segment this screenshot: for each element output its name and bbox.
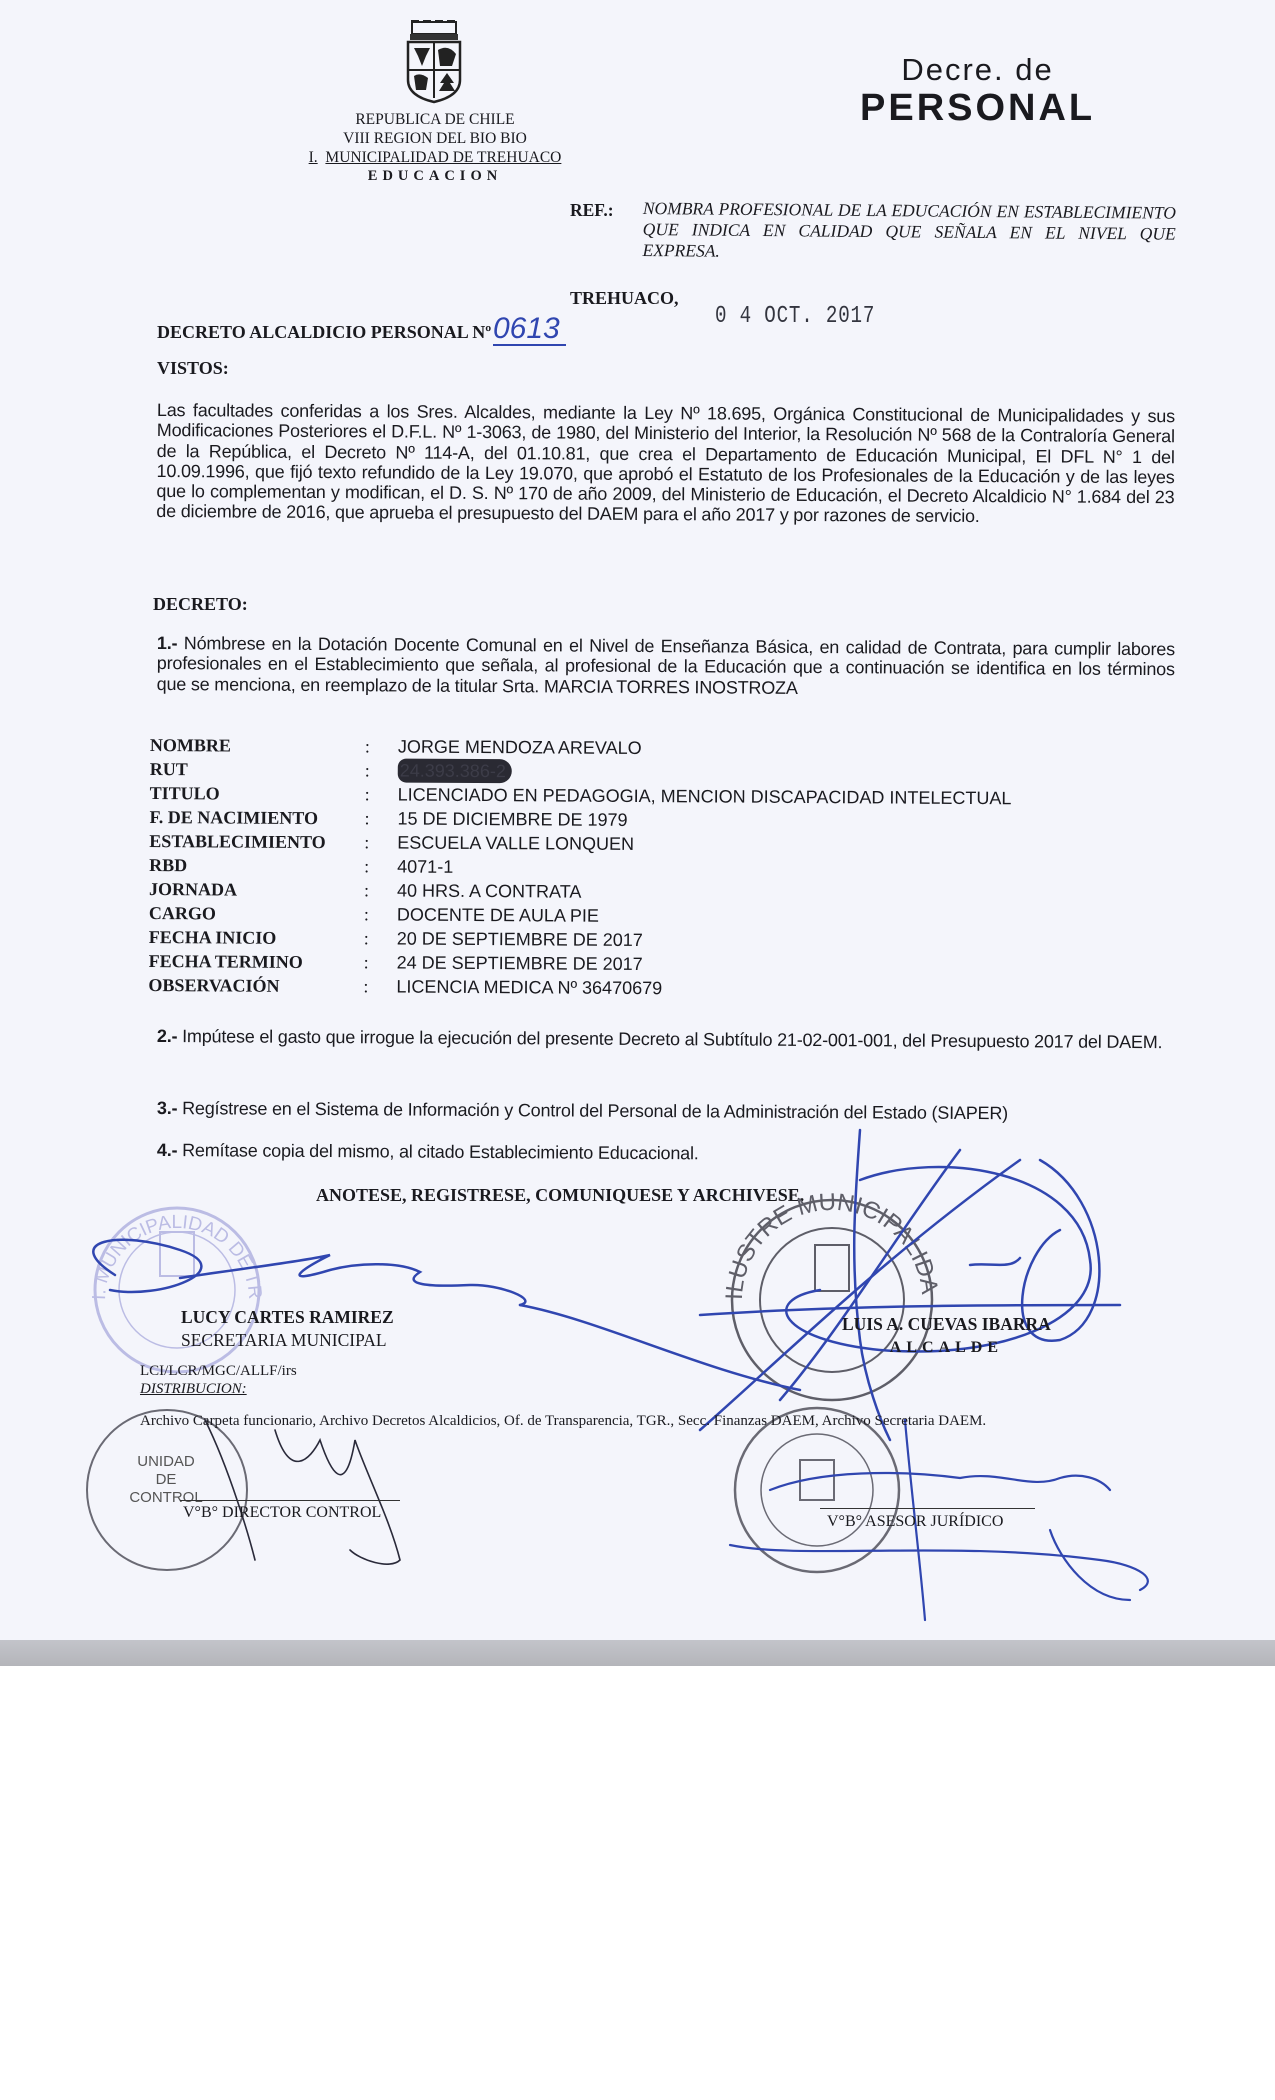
detail-value: 15 DE DICIEMBRE DE 1979 xyxy=(397,807,627,832)
item-number: 1.- xyxy=(157,633,178,653)
decree-number-label: DECRETO ALCALDICIO PERSONAL Nº xyxy=(157,322,491,343)
municipality-line: MUNICIPALIDAD DE TREHUACO xyxy=(325,149,561,166)
detail-label: TITULO xyxy=(150,781,365,806)
detail-value: DOCENTE DE AULA PIE xyxy=(397,903,599,928)
detail-value: 20 DE SEPTIEMBRE DE 2017 xyxy=(397,927,643,953)
detail-label: RBD xyxy=(149,853,364,878)
control-approval-label: V°B° DIRECTOR CONTROL xyxy=(183,1504,381,1522)
municipal-crest-icon xyxy=(402,20,466,104)
secretary-title: SECRETARIA MUNICIPAL xyxy=(181,1329,394,1352)
decree-number-handwritten: 0613 xyxy=(493,314,566,346)
detail-value: 40 HRS. A CONTRATA xyxy=(397,879,582,904)
legal-approval-label: V°B° ASESOR JURÍDICO xyxy=(827,1513,1003,1531)
detail-value: 24 DE SEPTIEMBRE DE 2017 xyxy=(397,951,643,977)
decree-item-1: 1.- Nómbrese en la Dotación Docente Comu… xyxy=(157,633,1175,700)
detail-label: NOMBRE xyxy=(150,733,365,758)
detail-separator: : xyxy=(365,734,398,758)
detail-label: OBSERVACIÓN xyxy=(148,973,363,998)
vistos-paragraph: Las facultades conferidas a los Sres. Al… xyxy=(156,400,1175,528)
vistos-heading: VISTOS: xyxy=(157,358,229,379)
item-number: 3.- xyxy=(157,1098,178,1118)
detail-separator: : xyxy=(364,902,397,926)
date-stamp: 0 4 OCT. 2017 xyxy=(715,303,875,330)
detail-separator: : xyxy=(364,950,397,974)
detail-separator: : xyxy=(364,878,397,902)
municipality-prefix: I. xyxy=(309,149,318,166)
detail-separator: : xyxy=(363,974,396,998)
legal-signature-line xyxy=(820,1508,1035,1509)
region-line: VIII REGION DEL BIO BIO xyxy=(270,129,600,148)
letterhead: REPUBLICA DE CHILE VIII REGION DEL BIO B… xyxy=(270,110,600,186)
personal-decree-stamp: Decre. de PERSONAL xyxy=(860,52,1095,128)
detail-separator: : xyxy=(364,926,397,950)
secretary-name: LUCY CARTES RAMIREZ xyxy=(181,1306,394,1329)
detail-label: CARGO xyxy=(149,901,364,926)
distribution-heading: DISTRIBUCION: xyxy=(140,1380,297,1398)
item-number: 2.- xyxy=(157,1026,178,1046)
detail-label: FECHA INICIO xyxy=(149,925,364,950)
secretary-signature-block: LUCY CARTES RAMIREZ SECRETARIA MUNICIPAL xyxy=(181,1306,394,1352)
detail-separator: : xyxy=(365,758,398,782)
reference-label: REF.: xyxy=(570,200,614,221)
mayor-name: LUIS A. CUEVAS IBARRA xyxy=(842,1313,1051,1336)
detail-separator: : xyxy=(364,806,397,830)
detail-value-redacted: 24.393.386-2 xyxy=(398,759,512,784)
stamp-line-1: Decre. de xyxy=(860,52,1095,88)
item-text: Remítase copia del mismo, al citado Esta… xyxy=(182,1140,699,1163)
detail-value: JORGE MENDOZA AREVALO xyxy=(398,735,642,760)
detail-separator: : xyxy=(364,854,397,878)
detail-label: JORNADA xyxy=(149,877,364,902)
stamp-line-2: PERSONAL xyxy=(860,88,1095,128)
decreto-heading: DECRETO: xyxy=(153,594,248,615)
reference-text: NOMBRA PROFESIONAL DE LA EDUCACIÓN EN ES… xyxy=(642,198,1176,266)
department-line: EDUCACION xyxy=(270,167,600,186)
detail-value: 4071-1 xyxy=(397,855,453,879)
detail-label: F. DE NACIMIENTO xyxy=(149,805,364,830)
appointee-details: NOMBRE:JORGE MENDOZA AREVALORUT:24.393.3… xyxy=(148,733,1050,1002)
distribution-list: Archivo Carpeta funcionario, Archivo Dec… xyxy=(140,1413,986,1430)
detail-separator: : xyxy=(365,782,398,806)
detail-label: FECHA TERMINO xyxy=(149,949,364,974)
detail-value: ESCUELA VALLE LONQUEN xyxy=(397,831,634,856)
republic-line: REPUBLICA DE CHILE xyxy=(270,110,600,129)
place: TREHUACO, xyxy=(570,288,679,309)
detail-label: RUT xyxy=(150,757,365,782)
detail-label: ESTABLECIMIENTO xyxy=(149,829,364,854)
initials: LCI/LCR/MGC/ALLF/irs xyxy=(140,1362,297,1380)
item-text: Nómbrese en la Dotación Docente Comunal … xyxy=(157,633,1175,697)
mayor-signature-block: LUIS A. CUEVAS IBARRA ALCALDE xyxy=(842,1313,1051,1359)
initials-block: LCI/LCR/MGC/ALLF/irs DISTRIBUCION: xyxy=(140,1362,297,1398)
detail-value: LICENCIA MEDICA Nº 36470679 xyxy=(396,975,662,1001)
item-number: 4.- xyxy=(157,1140,178,1160)
detail-separator: : xyxy=(364,830,397,854)
scan-edge-shadow xyxy=(0,1640,1275,1666)
control-signature-line xyxy=(180,1500,400,1501)
mayor-title: ALCALDE xyxy=(842,1336,1051,1359)
closing-formula: ANOTESE, REGISTRESE, COMUNIQUESE Y ARCHI… xyxy=(316,1185,804,1206)
